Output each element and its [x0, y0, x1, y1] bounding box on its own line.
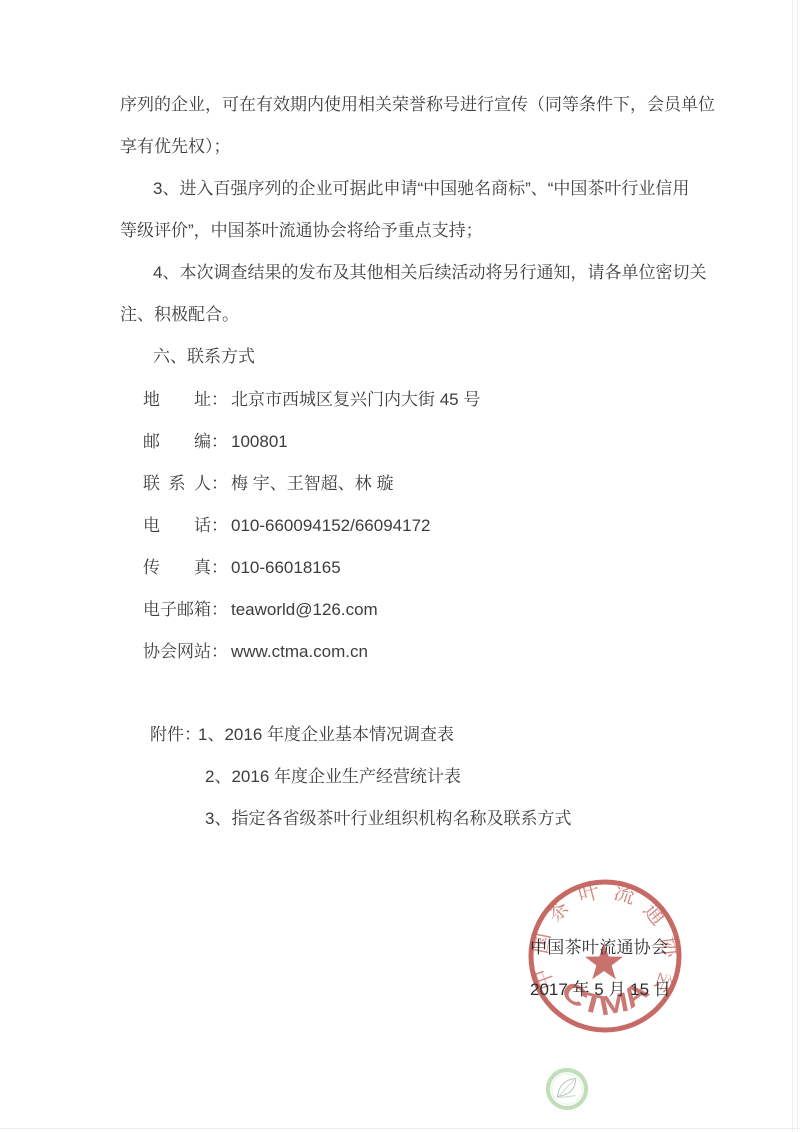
body-line: 享有优先权）； [120, 126, 705, 168]
contact-value: 北京市西城区复兴门内大街 45 号 [231, 390, 480, 409]
contact-info: 地址：北京市西城区复兴门内大街 45 号 邮编：100801 联系人：梅 宇、王… [143, 379, 480, 673]
contact-row-persons: 联系人：梅 宇、王智超、林 璇 [143, 463, 480, 505]
body-line: 等级评价”，中国茶叶流通协会将给予重点支持； [120, 210, 705, 252]
body-line: 4、本次调查结果的发布及其他相关后续活动将另行通知，请各单位密切关 [120, 252, 705, 294]
contact-colon: ： [211, 463, 228, 505]
contact-colon: ： [211, 379, 228, 421]
body-line: 序列的企业，可在有效期内使用相关荣誉称号进行宣传（同等条件下，会员单位 [120, 84, 705, 126]
contact-label: 传真 [143, 547, 211, 589]
page-edge-right-outer [797, 0, 798, 1132]
contact-label: 邮编 [143, 421, 211, 463]
contact-value: 梅 宇、王智超、林 璇 [231, 474, 393, 493]
contact-colon: ： [211, 421, 228, 463]
contact-label: 协会网站 [143, 631, 211, 673]
contact-row-address: 地址：北京市西城区复兴门内大街 45 号 [143, 379, 480, 421]
attachment-text: 3、指定各省级茶叶行业组织机构名称及联系方式 [205, 809, 571, 828]
body-text: 序列的企业，可在有效期内使用相关荣誉称号进行宣传（同等条件下，会员单位 享有优先… [120, 84, 705, 378]
body-line: 3、进入百强序列的企业可据此申请“中国驰名商标”、“中国茶叶行业信用 [120, 168, 705, 210]
contact-value: www.ctma.com.cn [231, 642, 368, 661]
document-page: 序列的企业，可在有效期内使用相关荣誉称号进行宣传（同等条件下，会员单位 享有优先… [0, 0, 800, 1132]
contact-row-website: 协会网站：www.ctma.com.cn [143, 631, 480, 673]
attachments-label: 附件： [150, 714, 198, 756]
contact-value: 010-660094152/66094172 [231, 516, 430, 535]
signature-date: 2017 年 5 月 15 日 [530, 975, 671, 1000]
attachment-item: 3、指定各省级茶叶行业组织机构名称及联系方式 [150, 798, 571, 840]
attachment-text: 2、2016 年度企业生产经营统计表 [205, 767, 461, 786]
contact-value: 010-66018165 [231, 558, 341, 577]
contact-colon: ： [211, 505, 228, 547]
page-edge-right [792, 0, 793, 1132]
attachments-list: 附件：1、2016 年度企业基本情况调查表 2、2016 年度企业生产经营统计表… [150, 714, 571, 840]
contact-row-zipcode: 邮编：100801 [143, 421, 480, 463]
contact-row-phone: 电话：010-660094152/66094172 [143, 505, 480, 547]
page-edge-bottom [0, 1128, 800, 1129]
contact-colon: ： [211, 589, 228, 631]
contact-colon: ： [211, 631, 228, 673]
attachment-item: 附件：1、2016 年度企业基本情况调查表 [150, 714, 571, 756]
contact-label: 地址 [143, 379, 211, 421]
attachment-item: 2、2016 年度企业生产经营统计表 [150, 756, 571, 798]
contact-row-fax: 传真：010-66018165 [143, 547, 480, 589]
contact-row-email: 电子邮箱：teaworld@126.com [143, 589, 480, 631]
contact-label: 联系人 [143, 463, 211, 505]
attachment-text: 1、2016 年度企业基本情况调查表 [198, 725, 454, 744]
contact-value: 100801 [231, 432, 288, 451]
contact-label: 电子邮箱 [143, 589, 211, 631]
contact-value: teaworld@126.com [231, 600, 378, 619]
body-line: 注、积极配合。 [120, 294, 705, 336]
section-heading-contact: 六、联系方式 [120, 336, 705, 378]
leaf-logo-icon [544, 1066, 590, 1112]
signature-org: 中国茶叶流通协会 [530, 933, 668, 958]
contact-label: 电话 [143, 505, 211, 547]
contact-colon: ： [211, 547, 228, 589]
